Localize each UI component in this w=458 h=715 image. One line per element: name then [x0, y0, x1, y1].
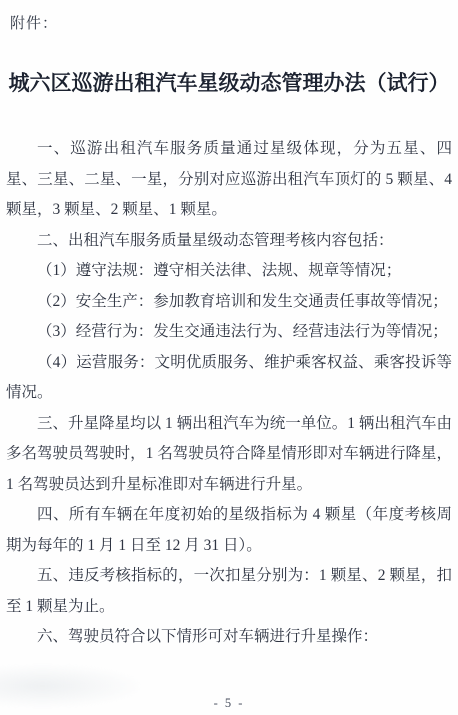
- paragraph-8: 四、所有车辆在年度初始的星级指标为 4 颗星（年度考核周期为每年的 1 月 1 …: [6, 500, 452, 561]
- document-page: 附件： 城六区巡游出租汽车星级动态管理办法（试行） 一、巡游出租汽车服务质量通过…: [0, 0, 458, 715]
- document-body: 一、巡游出租汽车服务质量通过星级体现，分为五星、四星、三星、二星、一星，分别对应…: [6, 134, 452, 653]
- paragraph-4: （2）安全生产：参加教育培训和发生交通责任事故等情况；: [6, 287, 452, 318]
- paragraph-2: 二、出租汽车服务质量星级动态管理考核内容包括：: [6, 226, 452, 257]
- paragraph-1: 一、巡游出租汽车服务质量通过星级体现，分为五星、四星、三星、二星、一星，分别对应…: [6, 134, 452, 226]
- paragraph-9: 五、违反考核指标的，一次扣星分别为：1 颗星、2 颗星，扣至 1 颗星为止。: [6, 561, 452, 622]
- document-title: 城六区巡游出租汽车星级动态管理办法（试行）: [6, 67, 452, 97]
- paragraph-3: （1）遵守法规：遵守相关法律、法规、规章等情况；: [6, 256, 452, 287]
- paragraph-10: 六、驾驶员符合以下情形可对车辆进行升星操作：: [6, 622, 452, 653]
- paragraph-5: （3）经营行为：发生交通违法行为、经营违法行为等情况；: [6, 317, 452, 348]
- attachment-label: 附件：: [10, 12, 452, 33]
- paragraph-7: 三、升星降星均以 1 辆出租汽车为统一单位。1 辆出租汽车由多名驾驶员驾驶时，1…: [6, 409, 452, 501]
- page-number: - 5 -: [0, 696, 458, 711]
- paragraph-6: （4）运营服务：文明优质服务、维护乘客权益、乘客投诉等情况。: [6, 348, 452, 409]
